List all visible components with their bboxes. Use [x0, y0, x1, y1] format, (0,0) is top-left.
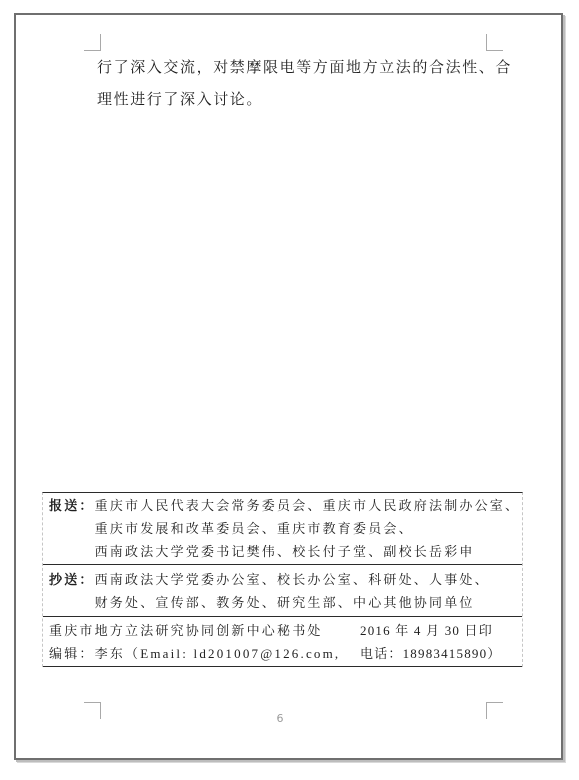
report-to-line-3: 西南政法大学党委书记樊伟、校长付子堂、副校长岳彩申 [95, 540, 521, 563]
page-number: 6 [265, 712, 295, 725]
report-to-line-1: 重庆市人民代表大会常务委员会、重庆市人民政府法制办公室、 [95, 494, 521, 517]
margin-crop-mark-bottom-left [84, 702, 101, 719]
phone-line: 电话：18983415890） [360, 642, 516, 665]
report-to-label: 报送： [49, 494, 95, 517]
document-page: 行了深入交流，对禁摩限电等方面地方立法的合法性、合 理性进行了深入讨论。 报送：… [14, 13, 563, 760]
report-to-row: 报送： 重庆市人民代表大会常务委员会、重庆市人民政府法制办公室、 重庆市发展和改… [43, 493, 522, 565]
report-to-line-2: 重庆市发展和改革委员会、重庆市教育委员会、 [95, 517, 521, 540]
paragraph-line-1: 行了深入交流，对禁摩限电等方面地方立法的合法性、合 [97, 52, 517, 84]
print-date-line: 2016 年 4 月 30 日印 [360, 619, 516, 642]
report-to-content: 重庆市人民代表大会常务委员会、重庆市人民政府法制办公室、 重庆市发展和改革委员会… [95, 494, 521, 563]
paragraph-line-2: 理性进行了深入讨论。 [97, 84, 517, 116]
imprint-right-column: 2016 年 4 月 30 日印 电话：18983415890） [360, 619, 516, 665]
margin-crop-mark-bottom-right [486, 702, 503, 719]
copy-to-line-1: 西南政法大学党委办公室、校长办公室、科研处、人事处、 [95, 568, 516, 591]
editor-email-line: 编辑：李东（Email: ld201007@126.com, [49, 642, 360, 665]
copy-to-content: 西南政法大学党委办公室、校长办公室、科研处、人事处、 财务处、宣传部、教务处、研… [95, 568, 516, 614]
margin-crop-mark-top-right [486, 34, 503, 51]
imprint-row: 重庆市地方立法研究协同创新中心秘书处 编辑：李东（Email: ld201007… [43, 617, 522, 667]
document-canvas: 行了深入交流，对禁摩限电等方面地方立法的合法性、合 理性进行了深入讨论。 报送：… [0, 0, 579, 780]
copy-to-line-2: 财务处、宣传部、教务处、研究生部、中心其他协同单位 [95, 591, 516, 614]
copy-to-row: 抄送： 西南政法大学党委办公室、校长办公室、科研处、人事处、 财务处、宣传部、教… [43, 565, 522, 617]
copy-to-label: 抄送： [49, 568, 95, 591]
secretariat-line: 重庆市地方立法研究协同创新中心秘书处 [49, 619, 360, 642]
distribution-table: 报送： 重庆市人民代表大会常务委员会、重庆市人民政府法制办公室、 重庆市发展和改… [42, 492, 523, 667]
imprint-left-column: 重庆市地方立法研究协同创新中心秘书处 编辑：李东（Email: ld201007… [49, 619, 360, 665]
body-paragraph: 行了深入交流，对禁摩限电等方面地方立法的合法性、合 理性进行了深入讨论。 [97, 52, 517, 116]
margin-crop-mark-top-left [84, 34, 101, 51]
